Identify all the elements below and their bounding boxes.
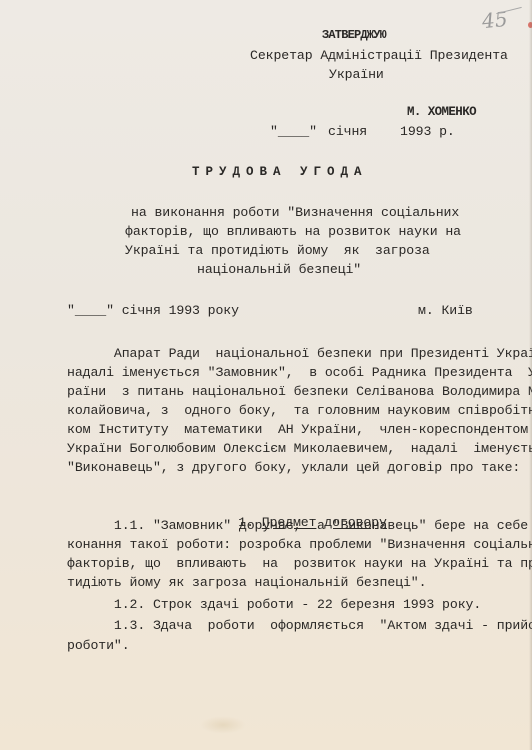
section-1-line-3: факторів, що впливають на розвиток науки…: [67, 556, 532, 572]
subtitle-line-2: факторів, що впливають на розвиток науки…: [125, 224, 461, 240]
preamble-line-6: України Боголюбовим Олексієм Миколаевиче…: [67, 441, 532, 457]
document-page: 45 ЗАТВЕРДЖУЮ Секретар Адміністрації Пре…: [0, 0, 532, 750]
preamble-line-1: Апарат Ради національної безпеки при Пре…: [67, 346, 532, 362]
section-1-line-7: роботи".: [67, 638, 130, 654]
preamble-line-2: надалі іменується "Замовник", в особі Ра…: [67, 365, 532, 381]
contract-date: "____" січня 1993 року: [67, 303, 239, 319]
document-title: ТРУДОВА УГОДА: [192, 164, 368, 180]
approver-title-line1: Секретар Адміністрації Президента: [250, 48, 508, 64]
section-1-line-6: 1.3. Здача роботи оформляється "Актом зд…: [67, 618, 532, 634]
approval-stamp: ЗАТВЕРДЖУЮ: [322, 27, 386, 43]
approval-date-month: січня: [328, 124, 367, 140]
approver-name: М. ХОМЕНКО: [407, 104, 476, 120]
section-1-line-1: 1.1. "Замовник" доручає, а "Виконавець" …: [67, 518, 532, 534]
paper-stain: [200, 716, 246, 734]
approver-title-line2: України: [329, 67, 384, 83]
preamble-line-4: колайовича, з одного боку, та головним н…: [67, 403, 532, 419]
section-1-line-4: тидіють йому як загроза національній без…: [67, 575, 426, 591]
subtitle-line-4: національній безпеці": [197, 262, 361, 278]
preamble-line-5: ком Інституту математики АН України, чле…: [67, 422, 532, 438]
subtitle-line-3: Україні та протидіють йому як загроза: [125, 243, 430, 259]
approval-date-year: 1993 р.: [400, 124, 455, 140]
approval-date-day: "____": [270, 124, 317, 140]
preamble-line-7: "Виконавець", з другого боку, уклали цей…: [67, 460, 520, 476]
contract-city: м. Київ: [418, 303, 473, 319]
subtitle-line-1: на виконання роботи "Визначення соціальн…: [131, 205, 459, 221]
section-1-line-5: 1.2. Строк здачі роботи - 22 березня 199…: [67, 597, 481, 613]
preamble-line-3: раїни з питань національної безпеки Селі…: [67, 384, 532, 400]
section-1-line-2: конання такої роботи: розробка проблеми …: [67, 537, 532, 553]
